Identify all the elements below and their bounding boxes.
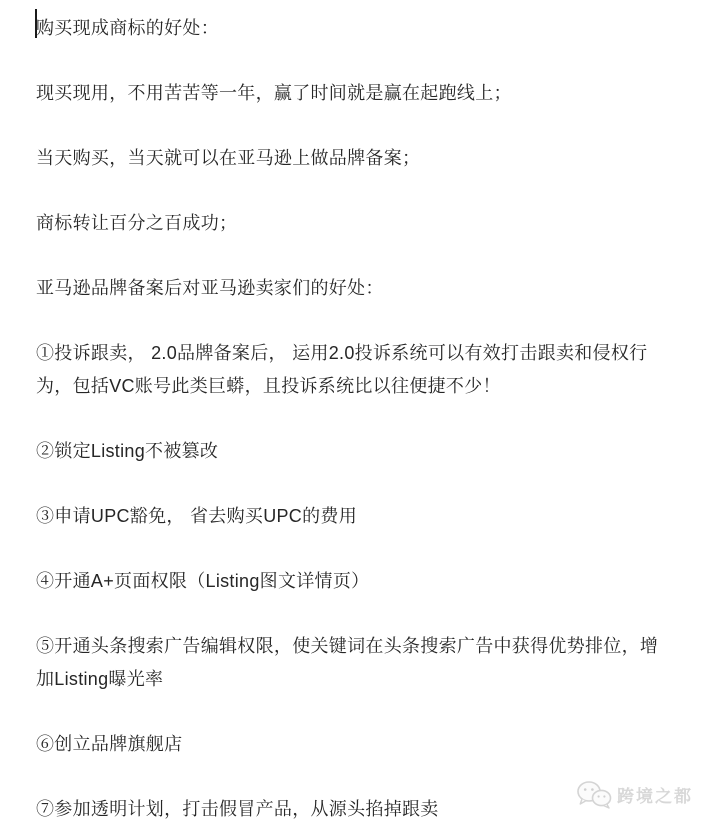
paragraph[interactable]: ⑥创立品牌旗舰店 <box>36 728 675 761</box>
paragraph[interactable]: 亚马逊品牌备案后对亚马逊卖家们的好处： <box>36 272 675 305</box>
paragraph[interactable]: ①投诉跟卖， 2.0品牌备案后， 运用2.0投诉系统可以有效打击跟卖和侵权行为，… <box>36 337 675 403</box>
paragraph[interactable]: ③申请UPC豁免， 省去购买UPC的费用 <box>36 500 675 533</box>
paragraph[interactable]: 当天购买，当天就可以在亚马逊上做品牌备案； <box>36 142 675 175</box>
paragraph[interactable]: ④开通A+页面权限（Listing图文详情页） <box>36 565 675 598</box>
paragraph[interactable]: ②锁定Listing不被篡改 <box>36 435 675 468</box>
paragraph[interactable]: 商标转让百分之百成功； <box>36 207 675 240</box>
text-cursor <box>35 9 37 38</box>
document-editor[interactable]: 购买现成商标的好处： 现买现用，不用苦苦等一年，赢了时间就是赢在起跑线上； 当天… <box>0 0 701 828</box>
paragraph[interactable]: ⑦参加透明计划，打击假冒产品，从源头掐掉跟卖 <box>36 793 675 826</box>
paragraph[interactable]: 现买现用，不用苦苦等一年，赢了时间就是赢在起跑线上； <box>36 77 675 110</box>
paragraph[interactable]: ⑤开通头条搜索广告编辑权限，使关键词在头条搜索广告中获得优势排位，增加Listi… <box>36 630 675 696</box>
paragraph[interactable]: 购买现成商标的好处： <box>36 12 675 45</box>
